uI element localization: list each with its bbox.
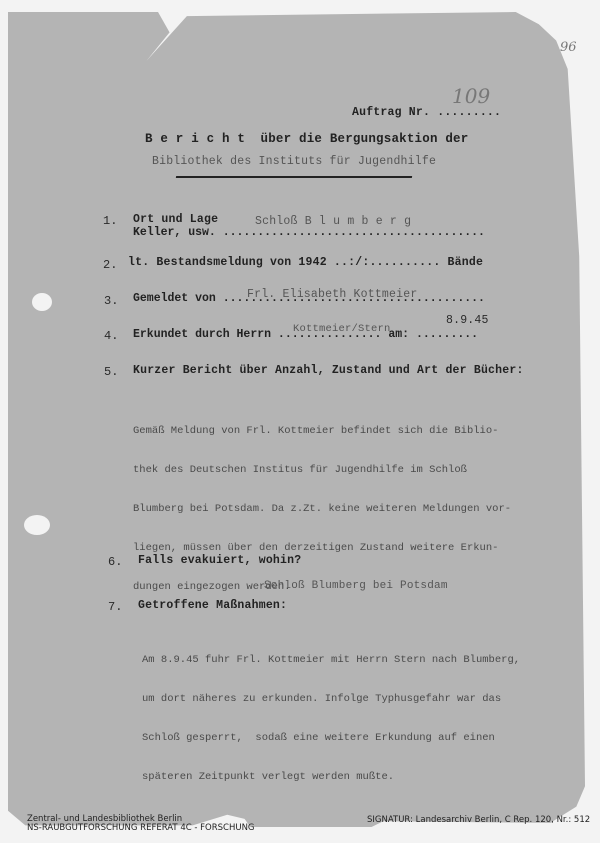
item-7-number: 7. bbox=[108, 600, 122, 614]
corner-mark: 96 bbox=[560, 40, 577, 55]
item-1-label: Ort und Lage bbox=[133, 213, 218, 226]
punch-hole-top bbox=[32, 293, 52, 311]
report-line: Blumberg bei Potsdam. Da z.Zt. keine wei… bbox=[133, 503, 511, 516]
item-5-label: Kurzer Bericht über Anzahl, Zustand und … bbox=[133, 364, 524, 377]
item-3-value: Frl. Elisabeth Kottmeier bbox=[247, 288, 417, 301]
title-underline bbox=[176, 176, 412, 178]
item-4-date: 8.9.45 bbox=[446, 314, 489, 327]
item-6-number: 6. bbox=[108, 555, 122, 569]
report-text: Gemäß Meldung von Frl. Kottmeier befinde… bbox=[133, 399, 511, 607]
report-line: Gemäß Meldung von Frl. Kottmeier befinde… bbox=[133, 425, 511, 438]
measures-line: um dort näheres zu erkunden. Infolge Typ… bbox=[142, 693, 520, 706]
item-4-number: 4. bbox=[104, 329, 118, 343]
order-label: Auftrag Nr. ......... bbox=[352, 106, 501, 119]
measures-text: Am 8.9.45 fuhr Frl. Kottmeier mit Herrn … bbox=[142, 628, 520, 797]
item-2-label: lt. Bestandsmeldung von 1942 ..:/:......… bbox=[128, 256, 483, 269]
item-6-value: Schloß Blumberg bei Potsdam bbox=[264, 580, 448, 592]
punch-hole-bottom bbox=[24, 515, 50, 535]
measures-line: Am 8.9.45 fuhr Frl. Kottmeier mit Herrn … bbox=[142, 654, 520, 667]
handwritten-order-number: 109 bbox=[452, 84, 490, 108]
item-1-value: Schloß B l u m b e r g bbox=[255, 215, 411, 228]
measures-line: Schloß gesperrt, sodaß eine weitere Erku… bbox=[142, 732, 520, 745]
item-4-value: Kottmeier/Stern bbox=[293, 323, 391, 335]
item-6-label: Falls evakuiert, wohin? bbox=[138, 554, 301, 567]
item-3-number: 3. bbox=[104, 294, 118, 308]
item-7-label: Getroffene Maßnahmen: bbox=[138, 599, 287, 612]
title-line-1: B e r i c h t über die Bergungsaktion de… bbox=[145, 132, 468, 146]
footer-signature: SIGNATUR: Landesarchiv Berlin, C Rep. 12… bbox=[367, 815, 590, 825]
item-5-number: 5. bbox=[104, 365, 118, 379]
title-line-2: Bibliothek des Instituts für Jugendhilfe bbox=[152, 155, 436, 168]
measures-line: späteren Zeitpunkt verlegt werden mußte. bbox=[142, 771, 520, 784]
report-line: thek des Deutschen Institus für Jugendhi… bbox=[133, 464, 511, 477]
footer-department: NS-RAUBGUTFORSCHUNG REFERAT 4C - FORSCHU… bbox=[27, 823, 255, 833]
item-2-number: 2. bbox=[103, 258, 117, 272]
item-1-number: 1. bbox=[103, 214, 117, 228]
